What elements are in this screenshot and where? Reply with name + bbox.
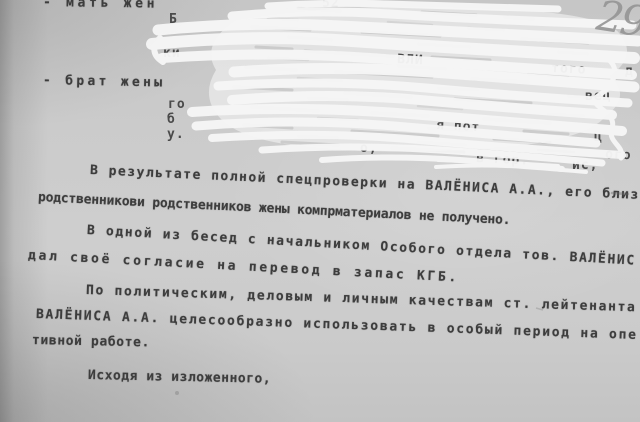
paragraph3-line1: По политическим, деловым и личным качест… [86, 283, 637, 315]
scanned-document-page: - мать жен - брат жены В результате полн… [0, 0, 640, 422]
redacted-fragments: 52 Б ки ВЛИ того д го б у. я пот в гор. … [163, 0, 634, 173]
redacted-fragment: Б [169, 12, 178, 27]
whiteout-blob [209, 7, 627, 152]
margin-label-brother: - брат жены [43, 73, 166, 91]
redacted-fragment: того [551, 61, 587, 78]
paragraph3-line3: тивной работе. [32, 333, 150, 350]
margin-label-mother: - мать жен [43, 0, 158, 12]
redacted-fragment: у. [167, 127, 185, 142]
redacted-fragment: я пот [436, 118, 481, 135]
redacted-fragment: ВЛИ [397, 52, 424, 68]
typed-remnant-dashes [234, 8, 588, 152]
redacted-fragment: ис, [572, 158, 598, 173]
redacted-fragment: ого [605, 147, 632, 163]
redacted-fragment: д [625, 64, 634, 79]
redacted-fragment: вец [585, 89, 611, 104]
typed-remnant-dashes-faint [268, 18, 628, 194]
redacted-fragment: о, [360, 141, 378, 156]
redacted-fragment: ки [163, 46, 181, 61]
paragraph1-line2: родственникови родственников жены компрм… [38, 190, 511, 228]
redacted-fragment: б [167, 112, 176, 127]
redacted-fragment: ц [594, 130, 603, 145]
correction-fluid-strokes [152, 3, 638, 172]
redacted-fragment: в гор. [476, 151, 530, 169]
handwritten-page-number: 29 [593, 0, 640, 46]
closing-line: Исходя из изложенного, [88, 368, 271, 387]
redacted-fragment: 52 [322, 0, 340, 11]
redacted-fragment: го [168, 97, 186, 112]
